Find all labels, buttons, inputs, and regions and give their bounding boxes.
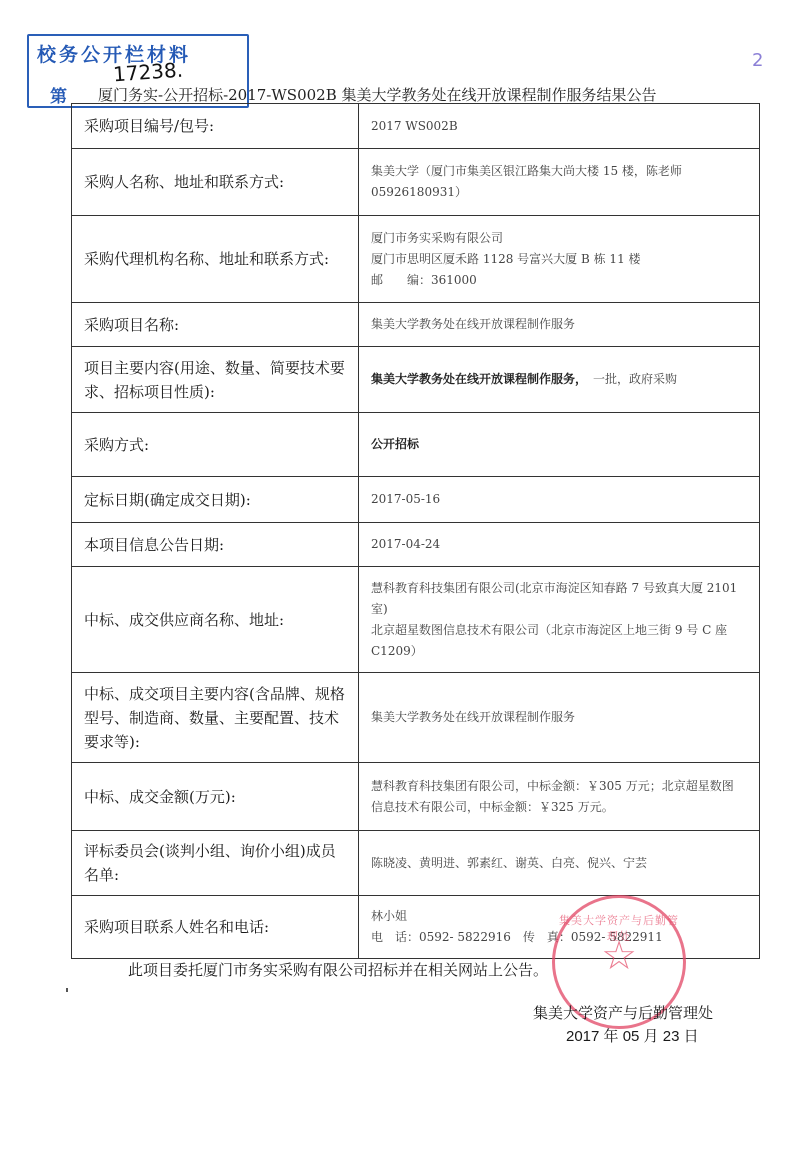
row-value: 集美大学教务处在线开放课程制作服务 [359,303,760,347]
value-bold: 集美大学教务处在线开放课程制作服务， [371,372,581,386]
value-line: 室) [371,599,749,620]
row-label: 中标、成交金额(万元): [72,763,359,831]
footer-note: 此项目委托厦门市务实采购有限公司招标并在相关网站上公告。 [128,959,548,980]
document-title: 厦门务实-公开招标-2017-WS002B 集美大学教务处在线开放课程制作服务结… [98,84,738,105]
row-label: 评标委员会(谈判小组、询价小组)成员名单: [72,831,359,896]
handwritten-number: 17238. [112,58,183,87]
row-label: 采购项目编号/包号: [72,104,359,149]
row-value: 慧科教育科技集团有限公司，中标金额：￥305 万元；北京超星数图 信息技术有限公… [359,763,760,831]
table-row: 采购人名称、地址和联系方式: 集美大学（厦门市集美区银江路集大尚大楼 15 楼，… [72,149,760,216]
value-line: 集美大学（厦门市集美区银江路集大尚大楼 15 楼，陈老师 [371,161,749,182]
table-row: 采购代理机构名称、地址和联系方式: 厦门市务实采购有限公司 厦门市思明区厦禾路 … [72,216,760,303]
value-rest: 一批，政府采购 [581,372,677,386]
value-line: 集美大学教务处在线开放课程制作服务 [371,314,749,335]
star-icon: ☆ [555,936,683,976]
value-line: 05926180931） [371,182,749,203]
row-label: 采购方式: [72,413,359,477]
row-label: 中标、成交项目主要内容(含品牌、规格型号、制造商、数量、主要配置、技术要求等): [72,673,359,763]
row-label: 采购人名称、地址和联系方式: [72,149,359,216]
row-label: 采购项目联系人姓名和电话: [72,896,359,959]
value-line: 2017 WS002B [371,116,749,137]
row-value: 2017-04-24 [359,523,760,567]
value-line: 慧科教育科技集团有限公司，中标金额：￥305 万元；北京超星数图 [371,776,749,797]
value-line: 厦门市思明区厦禾路 1128 号富兴大厦 B 栋 11 楼 [371,249,749,270]
row-label: 项目主要内容(用途、数量、简要技术要求、招标项目性质): [72,347,359,413]
scan-mark [66,988,68,992]
table-row: 中标、成交供应商名称、地址: 慧科教育科技集团有限公司(北京市海淀区知春路 7 … [72,567,760,673]
value-line: 厦门市务实采购有限公司 [371,228,749,249]
table-row: 采购方式: 公开招标 [72,413,760,477]
row-label: 采购项目名称: [72,303,359,347]
table-row: 中标、成交项目主要内容(含品牌、规格型号、制造商、数量、主要配置、技术要求等):… [72,673,760,763]
table-row: 采购项目编号/包号: 2017 WS002B [72,104,760,149]
stamp-number-prefix: 第 [50,82,67,107]
value-line: 邮 编：361000 [371,270,749,291]
signature-date: 2017 年 05 月 23 日 [566,1025,699,1046]
value-line: 2017-05-16 [371,489,749,510]
value-line: 信息技术有限公司，中标金额：￥325 万元。 [371,797,749,818]
row-label: 本项目信息公告日期: [72,523,359,567]
announcement-table: 采购项目编号/包号: 2017 WS002B 采购人名称、地址和联系方式: 集美… [71,103,760,959]
row-label: 采购代理机构名称、地址和联系方式: [72,216,359,303]
row-value: 2017 WS002B [359,104,760,149]
row-value: 公开招标 [359,413,760,477]
value-line: 北京超星数图信息技术有限公司（北京市海淀区上地三街 9 号 C 座 [371,620,749,641]
table-row: 项目主要内容(用途、数量、简要技术要求、招标项目性质): 集美大学教务处在线开放… [72,347,760,413]
row-value: 集美大学教务处在线开放课程制作服务 [359,673,760,763]
row-value: 厦门市务实采购有限公司 厦门市思明区厦禾路 1128 号富兴大厦 B 栋 11 … [359,216,760,303]
row-value: 集美大学（厦门市集美区银江路集大尚大楼 15 楼，陈老师 05926180931… [359,149,760,216]
value-line: 慧科教育科技集团有限公司(北京市海淀区知春路 7 号致真大厦 2101 [371,578,749,599]
row-value: 慧科教育科技集团有限公司(北京市海淀区知春路 7 号致真大厦 2101 室) 北… [359,567,760,673]
value-line: 陈晓凌、黄明进、郭素红、谢英、白亮、倪兴、宁芸 [371,853,749,874]
page-mark: 2 [752,50,763,71]
row-value: 集美大学教务处在线开放课程制作服务， 一批，政府采购 [359,347,760,413]
signature-organization: 集美大学资产与后勤管理处 [533,1002,713,1023]
table-row: 评标委员会(谈判小组、询价小组)成员名单: 陈晓凌、黄明进、郭素红、谢英、白亮、… [72,831,760,896]
value-bold: 公开招标 [371,437,419,451]
table-row: 采购项目名称: 集美大学教务处在线开放课程制作服务 [72,303,760,347]
value-line: C1209） [371,641,749,662]
table-row: 定标日期(确定成交日期): 2017-05-16 [72,477,760,523]
row-label: 中标、成交供应商名称、地址: [72,567,359,673]
row-value: 陈晓凌、黄明进、郭素红、谢英、白亮、倪兴、宁芸 [359,831,760,896]
value-line: 集美大学教务处在线开放课程制作服务 [371,707,749,728]
table-row: 本项目信息公告日期: 2017-04-24 [72,523,760,567]
value-line: 2017-04-24 [371,534,749,555]
table-row: 中标、成交金额(万元): 慧科教育科技集团有限公司，中标金额：￥305 万元；北… [72,763,760,831]
row-label: 定标日期(确定成交日期): [72,477,359,523]
row-value: 2017-05-16 [359,477,760,523]
